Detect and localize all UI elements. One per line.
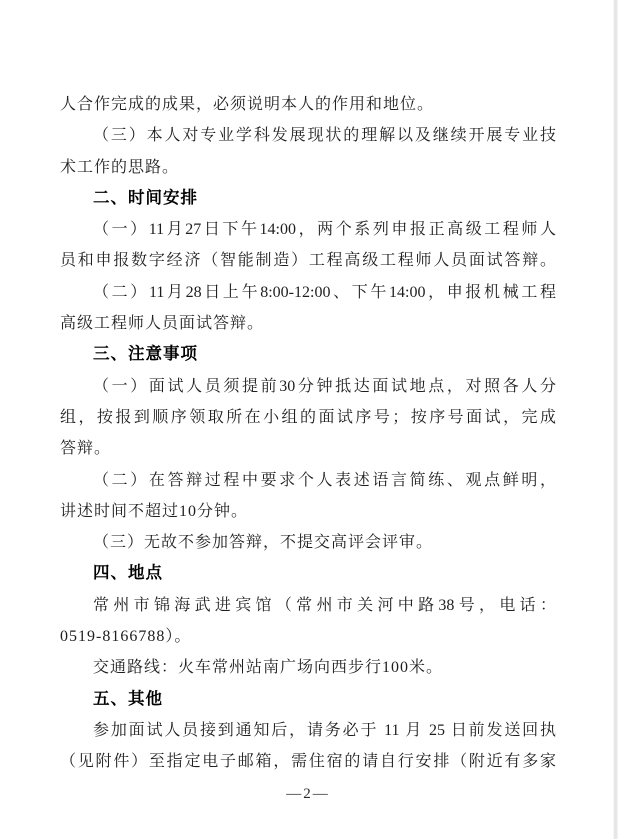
document-body: 人合作完成的成果，必须说明本人的作用和地位。（三）本人对专业学科发展现状的理解以… [60, 89, 556, 778]
text-line-1: 人合作完成的成果，必须说明本人的作用和地位。 [60, 89, 556, 120]
text-line-20: 五、其他 [60, 684, 556, 715]
text-line-21: 参加面试人员接到通知后，请务必于 11 月 25 日前发送回执 [60, 715, 556, 746]
text-line-18: 0519-8166788）。 [60, 621, 556, 652]
text-line-9: 三、注意事项 [60, 339, 556, 370]
text-line-17: 常州市锦海武进宾馆（常州市关河中路38号，电话： [60, 590, 556, 621]
document-page: 人合作完成的成果，必须说明本人的作用和地位。（三）本人对专业学科发展现状的理解以… [0, 0, 618, 839]
text-line-7: （二）11月28日上午8:00-12:00、下午14:00，申报机械工程 [60, 277, 556, 308]
text-line-22: （见附件）至指定电子邮箱，需住宿的请自行安排（附近有多家 [60, 746, 556, 777]
text-line-15: （三）无故不参加答辩，不提交高评会评审。 [60, 527, 556, 558]
text-line-6: 员和申报数字经济（智能制造）工程高级工程师人员面试答辩。 [60, 245, 556, 276]
page-edge-strip [613, 0, 618, 839]
text-line-3: 术工作的思路。 [60, 152, 556, 183]
text-line-19: 交通路线：火车常州站南广场向西步行100米。 [60, 652, 556, 683]
text-line-4: 二、时间安排 [60, 183, 556, 214]
text-line-5: （一）11月27日下午14:00，两个系列申报正高级工程师人 [60, 214, 556, 245]
text-line-2: （三）本人对专业学科发展现状的理解以及继续开展专业技 [60, 120, 556, 151]
page-number: —2— [60, 783, 556, 805]
text-line-13: （二）在答辩过程中要求个人表述语言简练、观点鲜明， [60, 465, 556, 496]
text-line-12: 答辩。 [60, 433, 556, 464]
text-line-10: （一）面试人员须提前30分钟抵达面试地点，对照各人分 [60, 371, 556, 402]
text-line-16: 四、地点 [60, 558, 556, 589]
text-line-8: 高级工程师人员面试答辩。 [60, 308, 556, 339]
text-line-11: 组，按报到顺序领取所在小组的面试序号；按序号面试，完成 [60, 402, 556, 433]
text-line-14: 讲述时间不超过10分钟。 [60, 496, 556, 527]
